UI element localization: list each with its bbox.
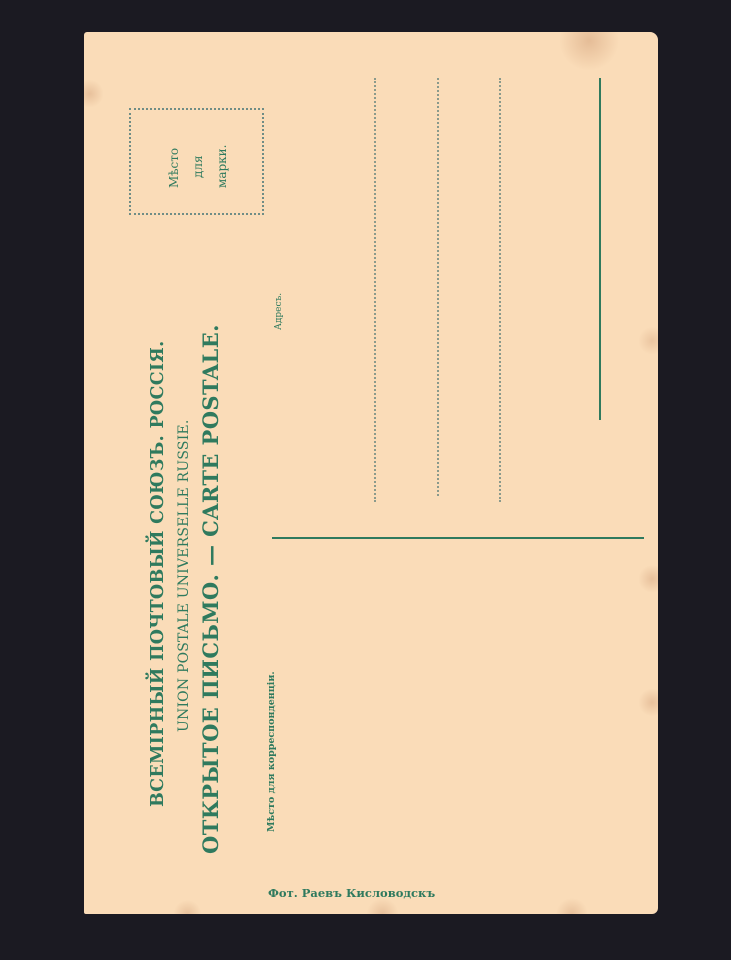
address-line-1 [374,78,376,502]
header-line-2: UNION POSTALE UNIVERSELLE RUSSIE. [176,420,192,733]
correspondence-label: Мѣсто для корреспонденціи. [266,671,277,832]
stamp-line-1: Мѣсто [167,148,181,188]
postcard: Мѣсто для марки. ВСЕМІРНЫЙ ПОЧТОВЫЙ СОЮЗ… [84,32,658,914]
address-line-3 [499,78,501,502]
stamp-box: Мѣсто для марки. [129,108,264,215]
stamp-line-2: для [191,155,205,178]
address-line-2 [437,78,439,496]
publisher-credit: Фот. Раевъ Кисловодскъ [268,886,435,900]
header-line-3: ОТКРЫТОЕ ПИСЬМО. — CARTE POSTALE. [198,324,223,854]
address-line-4 [599,78,601,420]
address-label: Адресъ. [274,293,284,330]
header-line-1: ВСЕМІРНЫЙ ПОЧТОВЫЙ СОЮЗЪ. РОССІЯ. [148,340,168,807]
stamp-line-3: марки. [215,145,229,188]
divider-line [272,537,644,539]
